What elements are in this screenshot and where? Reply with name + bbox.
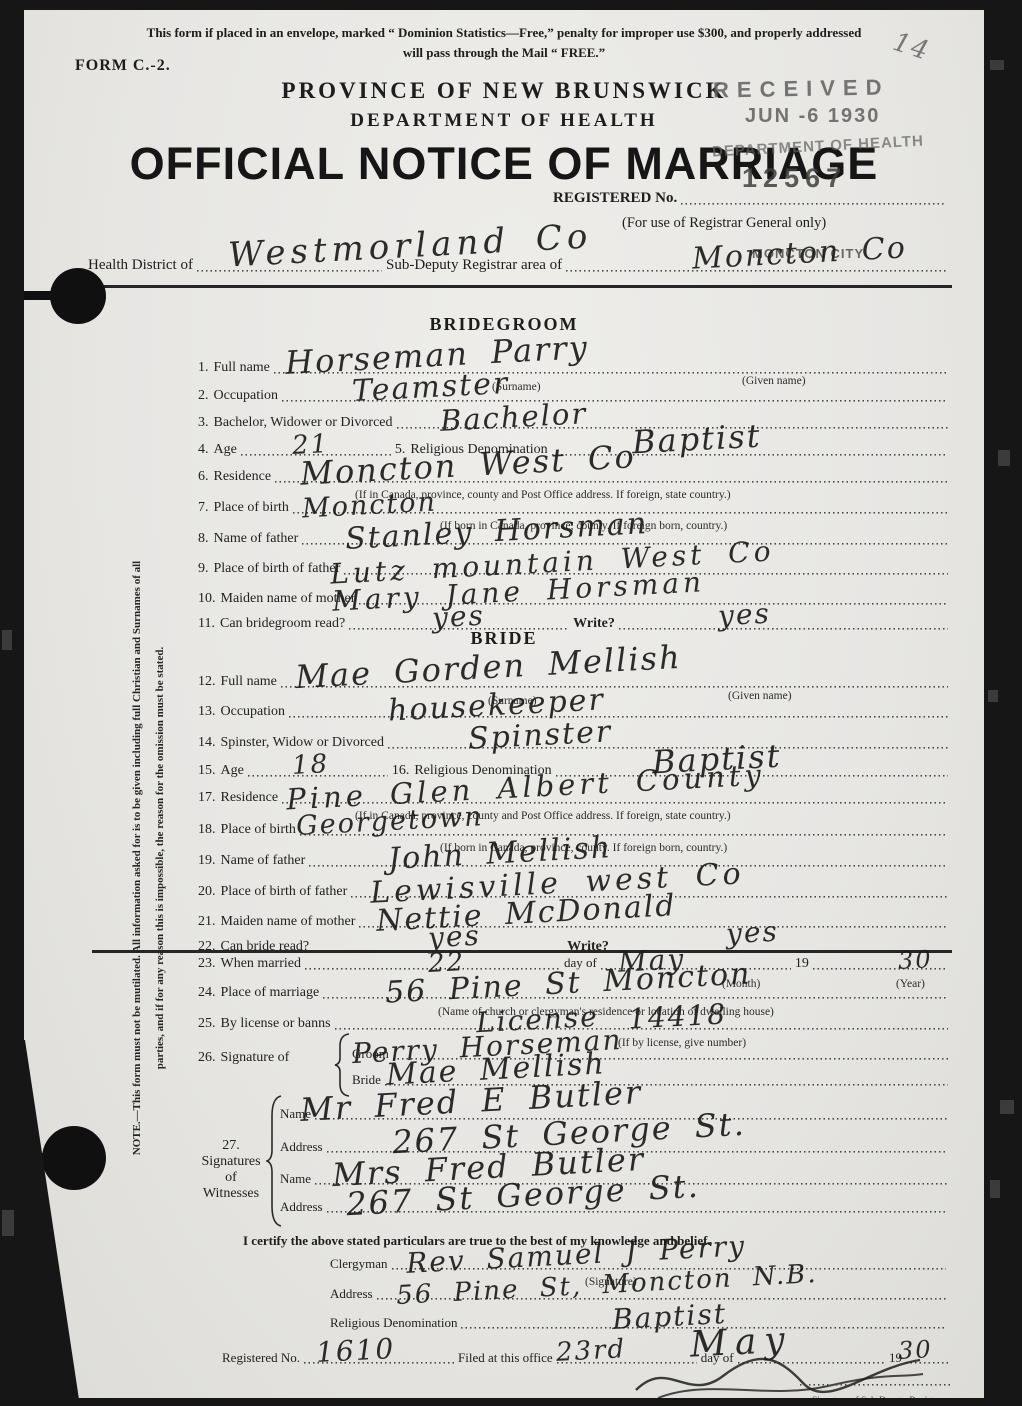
field24-no: 24. <box>198 985 216 1001</box>
field4-label: Age <box>214 442 237 458</box>
field26-no: 26. <box>198 1050 216 1066</box>
health-district-label: Health District of <box>88 257 193 274</box>
field23-year-prefix: 19 <box>795 956 809 972</box>
field19-no: 19. <box>198 853 216 869</box>
field21-no: 21. <box>198 914 216 930</box>
field11-write-value: yes <box>717 597 771 633</box>
field2-label: Occupation <box>214 388 279 404</box>
scan-edge-bottom <box>0 1398 1022 1406</box>
field26-label: Signature of <box>221 1050 290 1066</box>
field17-label: Residence <box>221 790 279 806</box>
scanned-form-paper: This form if placed in an envelope, mark… <box>0 0 1022 1406</box>
mail-note-line1: This form if placed in an envelope, mark… <box>24 25 984 41</box>
field22-write-value: yes <box>725 915 779 951</box>
margin-note-line2: parties, and if for any reason this is i… <box>149 497 172 1219</box>
field17-no: 17. <box>198 790 216 806</box>
field24-label: Place of marriage <box>221 985 320 1001</box>
form-code: FORM C.-2. <box>75 57 171 75</box>
witness2-name-label: Name <box>280 1171 311 1187</box>
given-caption-bride: (Given name) <box>728 690 792 702</box>
field27-label1: Signatures <box>201 1154 260 1169</box>
field20-no: 20. <box>198 884 216 900</box>
hole-punch-bottom <box>42 1126 106 1190</box>
footer-filed-label: Filed at this office <box>458 1350 553 1366</box>
field10-no: 10. <box>198 591 216 607</box>
witness2-address-label: Address <box>280 1199 323 1215</box>
clergyman-religion-label: Religious Denomination <box>330 1315 457 1331</box>
field25-number: 14418 <box>627 997 728 1035</box>
received-date-stamp: JUN -6 1930 <box>745 105 880 128</box>
field1-label: Full name <box>214 360 270 376</box>
received-stamp: RECEIVED <box>713 74 890 103</box>
bride-heading: BRIDE <box>24 628 984 649</box>
field9-no: 9. <box>198 561 209 577</box>
field14-no: 14. <box>198 735 216 751</box>
field6-no: 6. <box>198 469 209 485</box>
clergyman-label: Clergyman <box>330 1256 388 1272</box>
scan-edge-top <box>0 0 1022 10</box>
field27-label2: of <box>192 1170 270 1186</box>
field23-label: When married <box>221 956 301 972</box>
field8-label: Name of father <box>214 531 299 547</box>
margin-note: NOTE.—This form must not be mutilated. A… <box>126 497 172 1219</box>
field8-no: 8. <box>198 531 209 547</box>
field18-no: 18. <box>198 822 216 838</box>
header-rule <box>60 285 952 288</box>
field6-label: Residence <box>214 469 272 485</box>
section-rule <box>92 950 952 953</box>
field18-label: Place of birth <box>221 822 296 838</box>
field1-no: 1. <box>198 360 209 376</box>
field7-no: 7. <box>198 500 209 516</box>
registered-no-line <box>681 199 946 205</box>
field7-label: Place of birth <box>214 500 289 516</box>
field19-label: Name of father <box>221 853 306 869</box>
field27-label3: Witnesses <box>192 1186 270 1202</box>
field13-no: 13. <box>198 704 216 720</box>
witness1-address-label: Address <box>280 1139 323 1155</box>
field23-no: 23. <box>198 956 216 972</box>
clergyman-address-label: Address <box>330 1286 373 1302</box>
field23-year-value: 30 <box>897 945 933 975</box>
footer-registered-value: 1610 <box>315 1332 396 1369</box>
field12-label: Full name <box>221 674 277 690</box>
field20-label: Place of birth of father <box>221 884 348 900</box>
registrar-signature-line <box>800 1380 952 1386</box>
field9-label: Place of birth of father <box>214 561 341 577</box>
field12-no: 12. <box>198 674 216 690</box>
field15-value: 18 <box>291 749 330 781</box>
field2-no: 2. <box>198 388 209 404</box>
field27-no: 27. <box>222 1138 240 1153</box>
registered-no-label: REGISTERED No. <box>553 190 677 207</box>
field15-label: Age <box>221 763 244 779</box>
field25-no: 25. <box>198 1016 216 1032</box>
field25-label: By license or banns <box>221 1016 331 1032</box>
footer-filed-value: 23rd <box>555 1334 627 1368</box>
given-caption-groom: (Given name) <box>742 375 806 387</box>
field3-label: Bachelor, Widower or Divorced <box>214 415 393 431</box>
registrar-only-note: (For use of Registrar General only) <box>622 215 826 232</box>
field14-label: Spinster, Widow or Divorced <box>221 735 384 751</box>
field3-value: Bachelor <box>439 396 588 438</box>
margin-note-line1: NOTE.—This form must not be mutilated. A… <box>126 497 149 1219</box>
field15-no: 15. <box>198 763 216 779</box>
footer-registered-label: Registered No. <box>222 1350 300 1366</box>
bride-label: Bride <box>352 1072 381 1088</box>
field5-value: Baptist <box>631 417 762 462</box>
field13-label: Occupation <box>221 704 286 720</box>
field4-no: 4. <box>198 442 209 458</box>
field21-label: Maiden name of mother <box>221 914 356 930</box>
field3-no: 3. <box>198 415 209 431</box>
